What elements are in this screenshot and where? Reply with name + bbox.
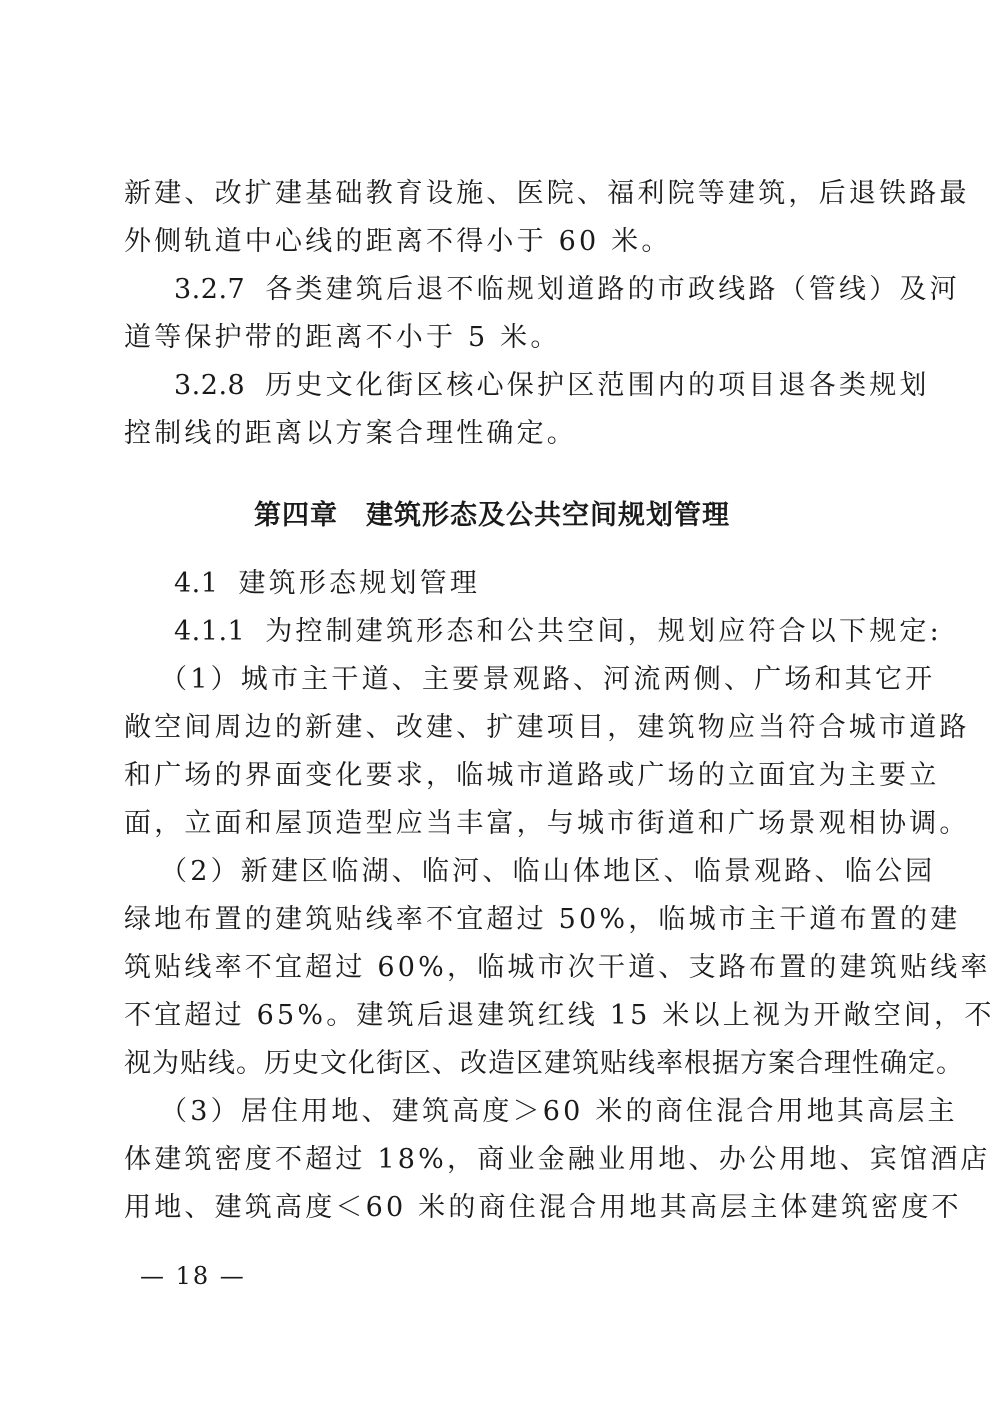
- clause-number: 3.2.7: [174, 274, 245, 305]
- clause-number: 3.2.8: [174, 370, 245, 401]
- clause-number: 4.1.1: [174, 616, 245, 647]
- paragraph-railway-setback: 新建、改扩建基础教育设施、医院、福利院等建筑，后退铁路最 外侧轨道中心线的距离不…: [124, 170, 860, 266]
- paragraph-line: （1）城市主干道、主要景观路、河流两侧、广场和其它开: [124, 656, 860, 704]
- paragraph-line: 视为贴线。历史文化街区、改造区建筑贴线率根据方案合理性确定。: [124, 1040, 860, 1088]
- document-page: 新建、改扩建基础教育设施、医院、福利院等建筑，后退铁路最 外侧轨道中心线的距离不…: [0, 0, 992, 1404]
- list-item-2: （2）新建区临湖、临河、临山体地区、临景观路、临公园 绿地布置的建筑贴线率不宜超…: [124, 848, 860, 1088]
- paragraph-line: 和广场的界面变化要求，临城市道路或广场的立面宜为主要立: [124, 752, 860, 800]
- page-body: 新建、改扩建基础教育设施、医院、福利院等建筑，后退铁路最 外侧轨道中心线的距离不…: [124, 170, 860, 1232]
- paragraph-line: 体建筑密度不超过 18%，商业金融业用地、办公用地、宾馆酒店: [124, 1136, 860, 1184]
- section-title: 建筑形态规划管理: [238, 568, 480, 599]
- clause-4-1-1: 4.1.1为控制建筑形态和公共空间，规划应符合以下规定:: [124, 608, 860, 656]
- paragraph-line: 绿地布置的建筑贴线率不宜超过 50%，临城市主干道布置的建: [124, 896, 860, 944]
- page-number: — 18 —: [140, 1258, 246, 1294]
- spacer: [124, 540, 860, 560]
- clause-text: 为控制建筑形态和公共空间，规划应符合以下规定:: [265, 616, 942, 647]
- clause-first-line: 3.2.7各类建筑后退不临规划道路的市政线路（管线）及河: [124, 266, 860, 314]
- paragraph-line: （2）新建区临湖、临河、临山体地区、临景观路、临公园: [124, 848, 860, 896]
- paragraph-line: 道等保护带的距离不小于 5 米。: [124, 314, 860, 362]
- paragraph-line: 面，立面和屋顶造型应当丰富，与城市街道和广场景观相协调。: [124, 800, 860, 848]
- paragraph-line: 外侧轨道中心线的距离不得小于 60 米。: [124, 218, 860, 266]
- paragraph-line: 新建、改扩建基础教育设施、医院、福利院等建筑，后退铁路最: [124, 170, 860, 218]
- section-heading: 4.1建筑形态规划管理: [124, 560, 860, 608]
- paragraph-line: 敞空间周边的新建、改建、扩建项目，建筑物应当符合城市道路: [124, 704, 860, 752]
- clause-3-2-7: 3.2.7各类建筑后退不临规划道路的市政线路（管线）及河 道等保护带的距离不小于…: [124, 266, 860, 362]
- section-number: 4.1: [174, 568, 218, 599]
- chapter-heading: 第四章 建筑形态及公共空间规划管理: [124, 492, 860, 540]
- paragraph-line: （3）居住用地、建筑高度＞60 米的商住混合用地其高层主: [124, 1088, 860, 1136]
- clause-text: 各类建筑后退不临规划道路的市政线路（管线）及河: [265, 274, 960, 305]
- spacer: [124, 458, 860, 492]
- list-item-1: （1）城市主干道、主要景观路、河流两侧、广场和其它开 敞空间周边的新建、改建、扩…: [124, 656, 860, 848]
- clause-3-2-8: 3.2.8历史文化街区核心保护区范围内的项目退各类规划 控制线的距离以方案合理性…: [124, 362, 860, 458]
- clause-first-line: 3.2.8历史文化街区核心保护区范围内的项目退各类规划: [124, 362, 860, 410]
- paragraph-line: 用地、建筑高度＜60 米的商住混合用地其高层主体建筑密度不: [124, 1184, 860, 1232]
- paragraph-line: 不宜超过 65%。建筑后退建筑红线 15 米以上视为开敞空间，不: [124, 992, 860, 1040]
- clause-text: 历史文化街区核心保护区范围内的项目退各类规划: [265, 370, 929, 401]
- paragraph-line: 筑贴线率不宜超过 60%，临城市次干道、支路布置的建筑贴线率: [124, 944, 860, 992]
- list-item-3: （3）居住用地、建筑高度＞60 米的商住混合用地其高层主 体建筑密度不超过 18…: [124, 1088, 860, 1232]
- paragraph-line: 控制线的距离以方案合理性确定。: [124, 410, 860, 458]
